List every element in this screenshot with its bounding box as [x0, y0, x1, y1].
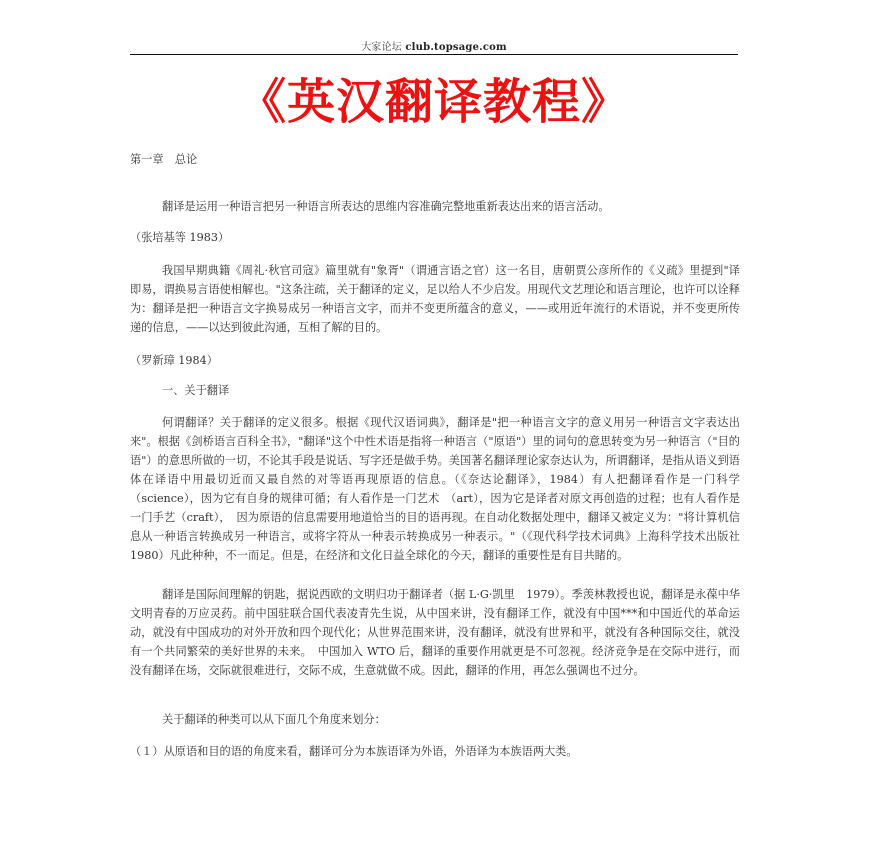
citation-1: （张培基等 1983） [130, 228, 740, 247]
importance-paragraph: 翻译是国际间理解的钥匙，据说西欧的文明归功于翻译者（据 L·G·凯里 1979）… [130, 585, 740, 680]
types-intro: 关于翻译的种类可以从下面几个角度来划分： [130, 710, 740, 729]
site-url: club.topsage.com [405, 42, 506, 53]
chapter-heading: 第一章 总论 [130, 150, 740, 169]
definition-paragraph-1: 翻译是运用一种语言把另一种语言所表达的思维内容准确完整地重新表达出来的语言活动。 [130, 197, 740, 216]
definition-paragraph-2: 我国早期典籍《周礼·秋官司寇》篇里就有"象胥"（谓通言语之官）这一名目，唐朝贾公… [130, 261, 740, 337]
header-divider [130, 54, 738, 55]
document-title: 《英汉翻译教程》 [130, 72, 738, 132]
page-header: 大家论坛 club.topsage.com [130, 38, 738, 53]
what-is-translation-paragraph: 何谓翻译？关于翻译的定义很多。根据《现代汉语词典》，翻译是"把一种语言文字的意义… [130, 413, 740, 565]
types-item-1: （１）从原语和目的语的角度来看，翻译可分为本族语译为外语，外语译为本族语两大类。 [130, 742, 740, 761]
document-page: 大家论坛 club.topsage.com 《英汉翻译教程》 第一章 总论 翻译… [0, 0, 870, 842]
citation-2: （罗新璋 1984） [130, 351, 740, 370]
forum-label: 大家论坛 [361, 42, 402, 53]
section-heading: 一、关于翻译 [130, 381, 740, 400]
